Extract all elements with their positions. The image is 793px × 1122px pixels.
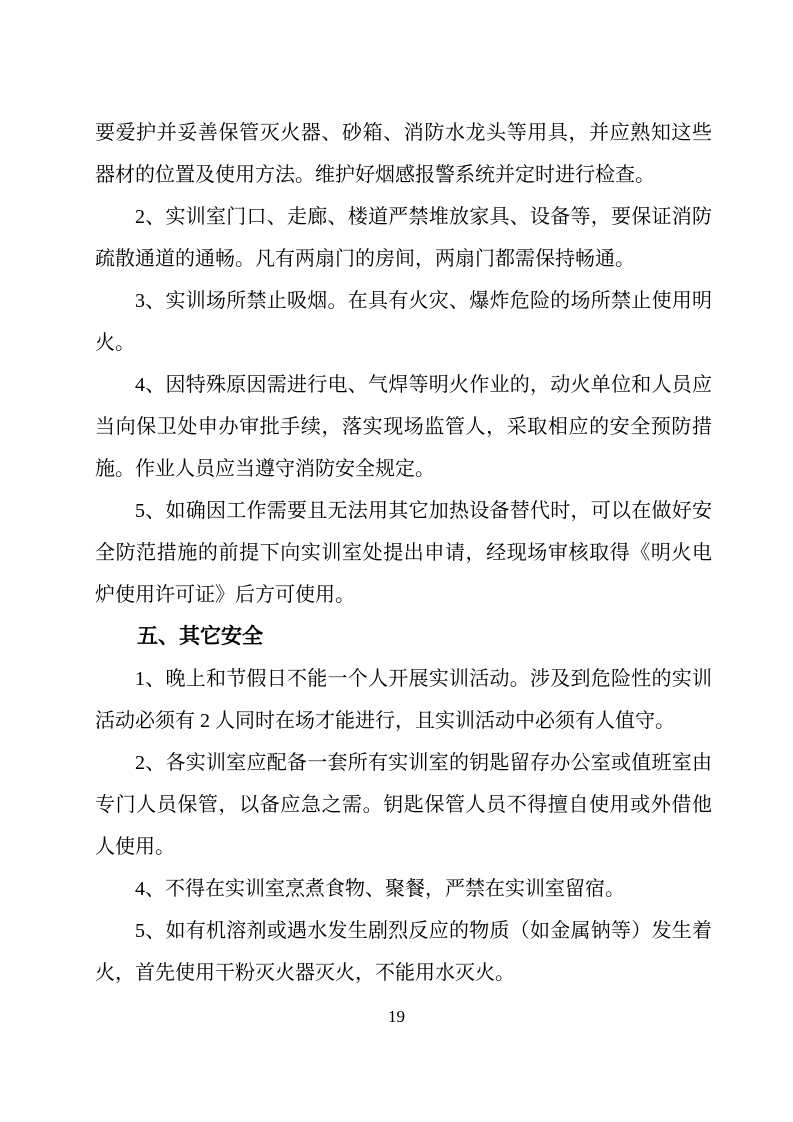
list-item: 3、实训场所禁止吸烟。在具有火灾、爆炸危险的场所禁止使用明火。 (95, 280, 712, 364)
page-body: 要爱护并妥善保管灭火器、砂箱、消防水龙头等用具，并应熟知这些器材的位置及使用方法… (95, 112, 712, 994)
document-page: 要爱护并妥善保管灭火器、砂箱、消防水龙头等用具，并应熟知这些器材的位置及使用方法… (0, 0, 793, 1122)
list-item: 2、各实训室应配备一套所有实训室的钥匙留存办公室或值班室由专门人员保管，以备应急… (95, 742, 712, 868)
list-item: 1、晚上和节假日不能一个人开展实训活动。涉及到危险性的实训活动必须有 2 人同时… (95, 658, 712, 742)
list-item: 5、如有机溶剂或遇水发生剧烈反应的物质（如金属钠等）发生着火，首先使用干粉灭火器… (95, 910, 712, 994)
list-item: 4、因特殊原因需进行电、气焊等明火作业的，动火单位和人员应当向保卫处申办审批手续… (95, 364, 712, 490)
list-item: 5、如确因工作需要且无法用其它加热设备替代时，可以在做好安全防范措施的前提下向实… (95, 490, 712, 616)
section-heading: 五、其它安全 (95, 616, 712, 658)
paragraph-continuation: 要爱护并妥善保管灭火器、砂箱、消防水龙头等用具，并应熟知这些器材的位置及使用方法… (95, 112, 712, 196)
list-item: 2、实训室门口、走廊、楼道严禁堆放家具、设备等，要保证消防疏散通道的通畅。凡有两… (95, 196, 712, 280)
list-item: 4、不得在实训室烹煮食物、聚餐，严禁在实训室留宿。 (95, 868, 712, 910)
page-number: 19 (0, 1006, 793, 1028)
